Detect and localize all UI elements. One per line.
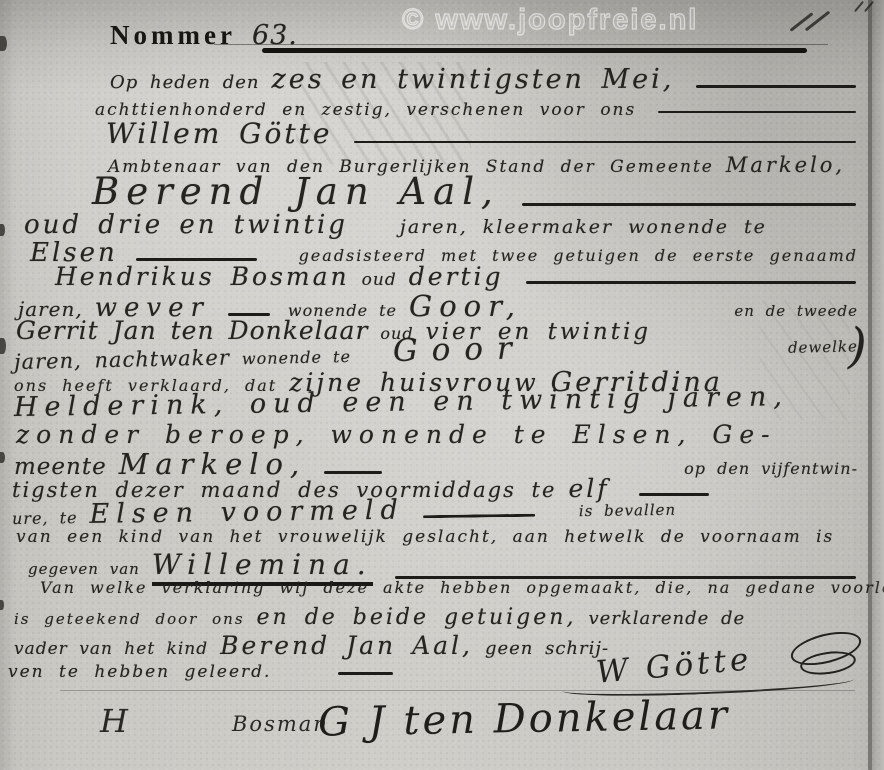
paren-flourish: ) xyxy=(848,318,868,374)
doc-line-closing-2: is geteekend door ons en de beide getuig… xyxy=(14,605,858,630)
line-text: Van welke verklaring wij deze akte hebbe… xyxy=(40,578,884,597)
witness1-name: Hendrikus Bosman xyxy=(55,262,350,291)
header-rule-thick xyxy=(262,48,807,53)
line-text: wonende te xyxy=(242,347,351,368)
header: Nommer 63. xyxy=(110,20,298,51)
edge-blob xyxy=(0,224,5,236)
line-text: is bevallen xyxy=(579,501,677,520)
line-text: gegeven van xyxy=(28,560,140,578)
line-text: ven te hebben geleerd. xyxy=(8,662,271,682)
registrar-name: Willem Götte xyxy=(106,117,332,150)
line-text: ure, te xyxy=(12,508,78,528)
act-number: 63. xyxy=(252,20,298,51)
witness1-initial-signature: H xyxy=(100,702,128,740)
declarant-name: Berend Jan Aal, xyxy=(220,631,473,660)
doc-line-date: Op heden den zes en twintigsten Mei, xyxy=(110,64,858,95)
place-name: Elsen voormeld xyxy=(89,495,405,530)
declarant-name: Berend Jan Aal, xyxy=(92,170,500,213)
edge-blob xyxy=(0,36,7,51)
line-text: is geteekend door ons xyxy=(14,610,245,628)
edge-blob xyxy=(0,452,5,463)
doc-line-closing-1: Van welke verklaring wij deze akte hebbe… xyxy=(40,578,858,597)
stroke-fill xyxy=(526,281,856,284)
nommer-label: Nommer xyxy=(110,20,236,51)
line-text: geen schrij- xyxy=(485,638,609,659)
scanned-birth-certificate: © www.joopfreie.nl Nommer 63. Op heden d… xyxy=(0,0,884,770)
faint-baseline xyxy=(60,690,855,691)
page-edge-strip xyxy=(872,0,884,770)
age-value: dertig xyxy=(409,262,504,291)
pencil-mark xyxy=(854,1,864,12)
header-rule-thin xyxy=(214,44,828,45)
line-text: vader van het kind xyxy=(14,639,208,659)
ink-dash xyxy=(136,258,257,261)
doc-line-registrar-name: Willem Götte xyxy=(106,117,858,150)
watermark: © www.joopfreie.nl xyxy=(402,4,698,37)
ink-dash xyxy=(423,514,535,519)
doc-line-declarant-name: Berend Jan Aal, xyxy=(92,170,858,213)
witness2-signature: G J ten Donkelaar xyxy=(318,692,731,745)
line-text: zonder beroep, wonende te Elsen, Ge- xyxy=(16,420,777,449)
doc-line-witness1: Hendrikus Bosman oud dertig xyxy=(55,262,858,291)
stroke-fill xyxy=(658,111,856,113)
doc-line-mother-residence: zonder beroep, wonende te Elsen, Ge- xyxy=(16,420,858,449)
age-value: oud drie en twintig xyxy=(24,210,348,240)
witness1-signature: Bosman xyxy=(232,712,329,736)
stroke-fill xyxy=(696,85,856,88)
doc-line-child-sex: van een kind van het vrouwelijk geslacht… xyxy=(16,527,858,547)
stroke-fill xyxy=(354,141,856,143)
place-name: Goor xyxy=(392,330,526,369)
line-text: oud xyxy=(362,270,397,290)
line-text: verklarende de xyxy=(588,608,745,629)
edge-blob xyxy=(0,600,4,610)
doc-line-declarant-age: oud drie en twintig jaren, kleermaker wo… xyxy=(24,210,858,240)
line-text: van een kind van het vrouwelijk geslacht… xyxy=(16,527,834,547)
stroke-fill xyxy=(522,203,856,206)
line-text: Op heden den xyxy=(110,72,260,93)
ink-dash xyxy=(338,672,393,675)
line-text: en de beide getuigen, xyxy=(257,605,577,630)
edge-blob xyxy=(0,338,6,354)
witness-signature-row: H Bosman G J ten Donkelaar xyxy=(0,700,884,770)
line-text: jaren, kleermaker wonende te xyxy=(400,216,767,238)
date-value: zes en twintigsten Mei, xyxy=(272,64,675,95)
